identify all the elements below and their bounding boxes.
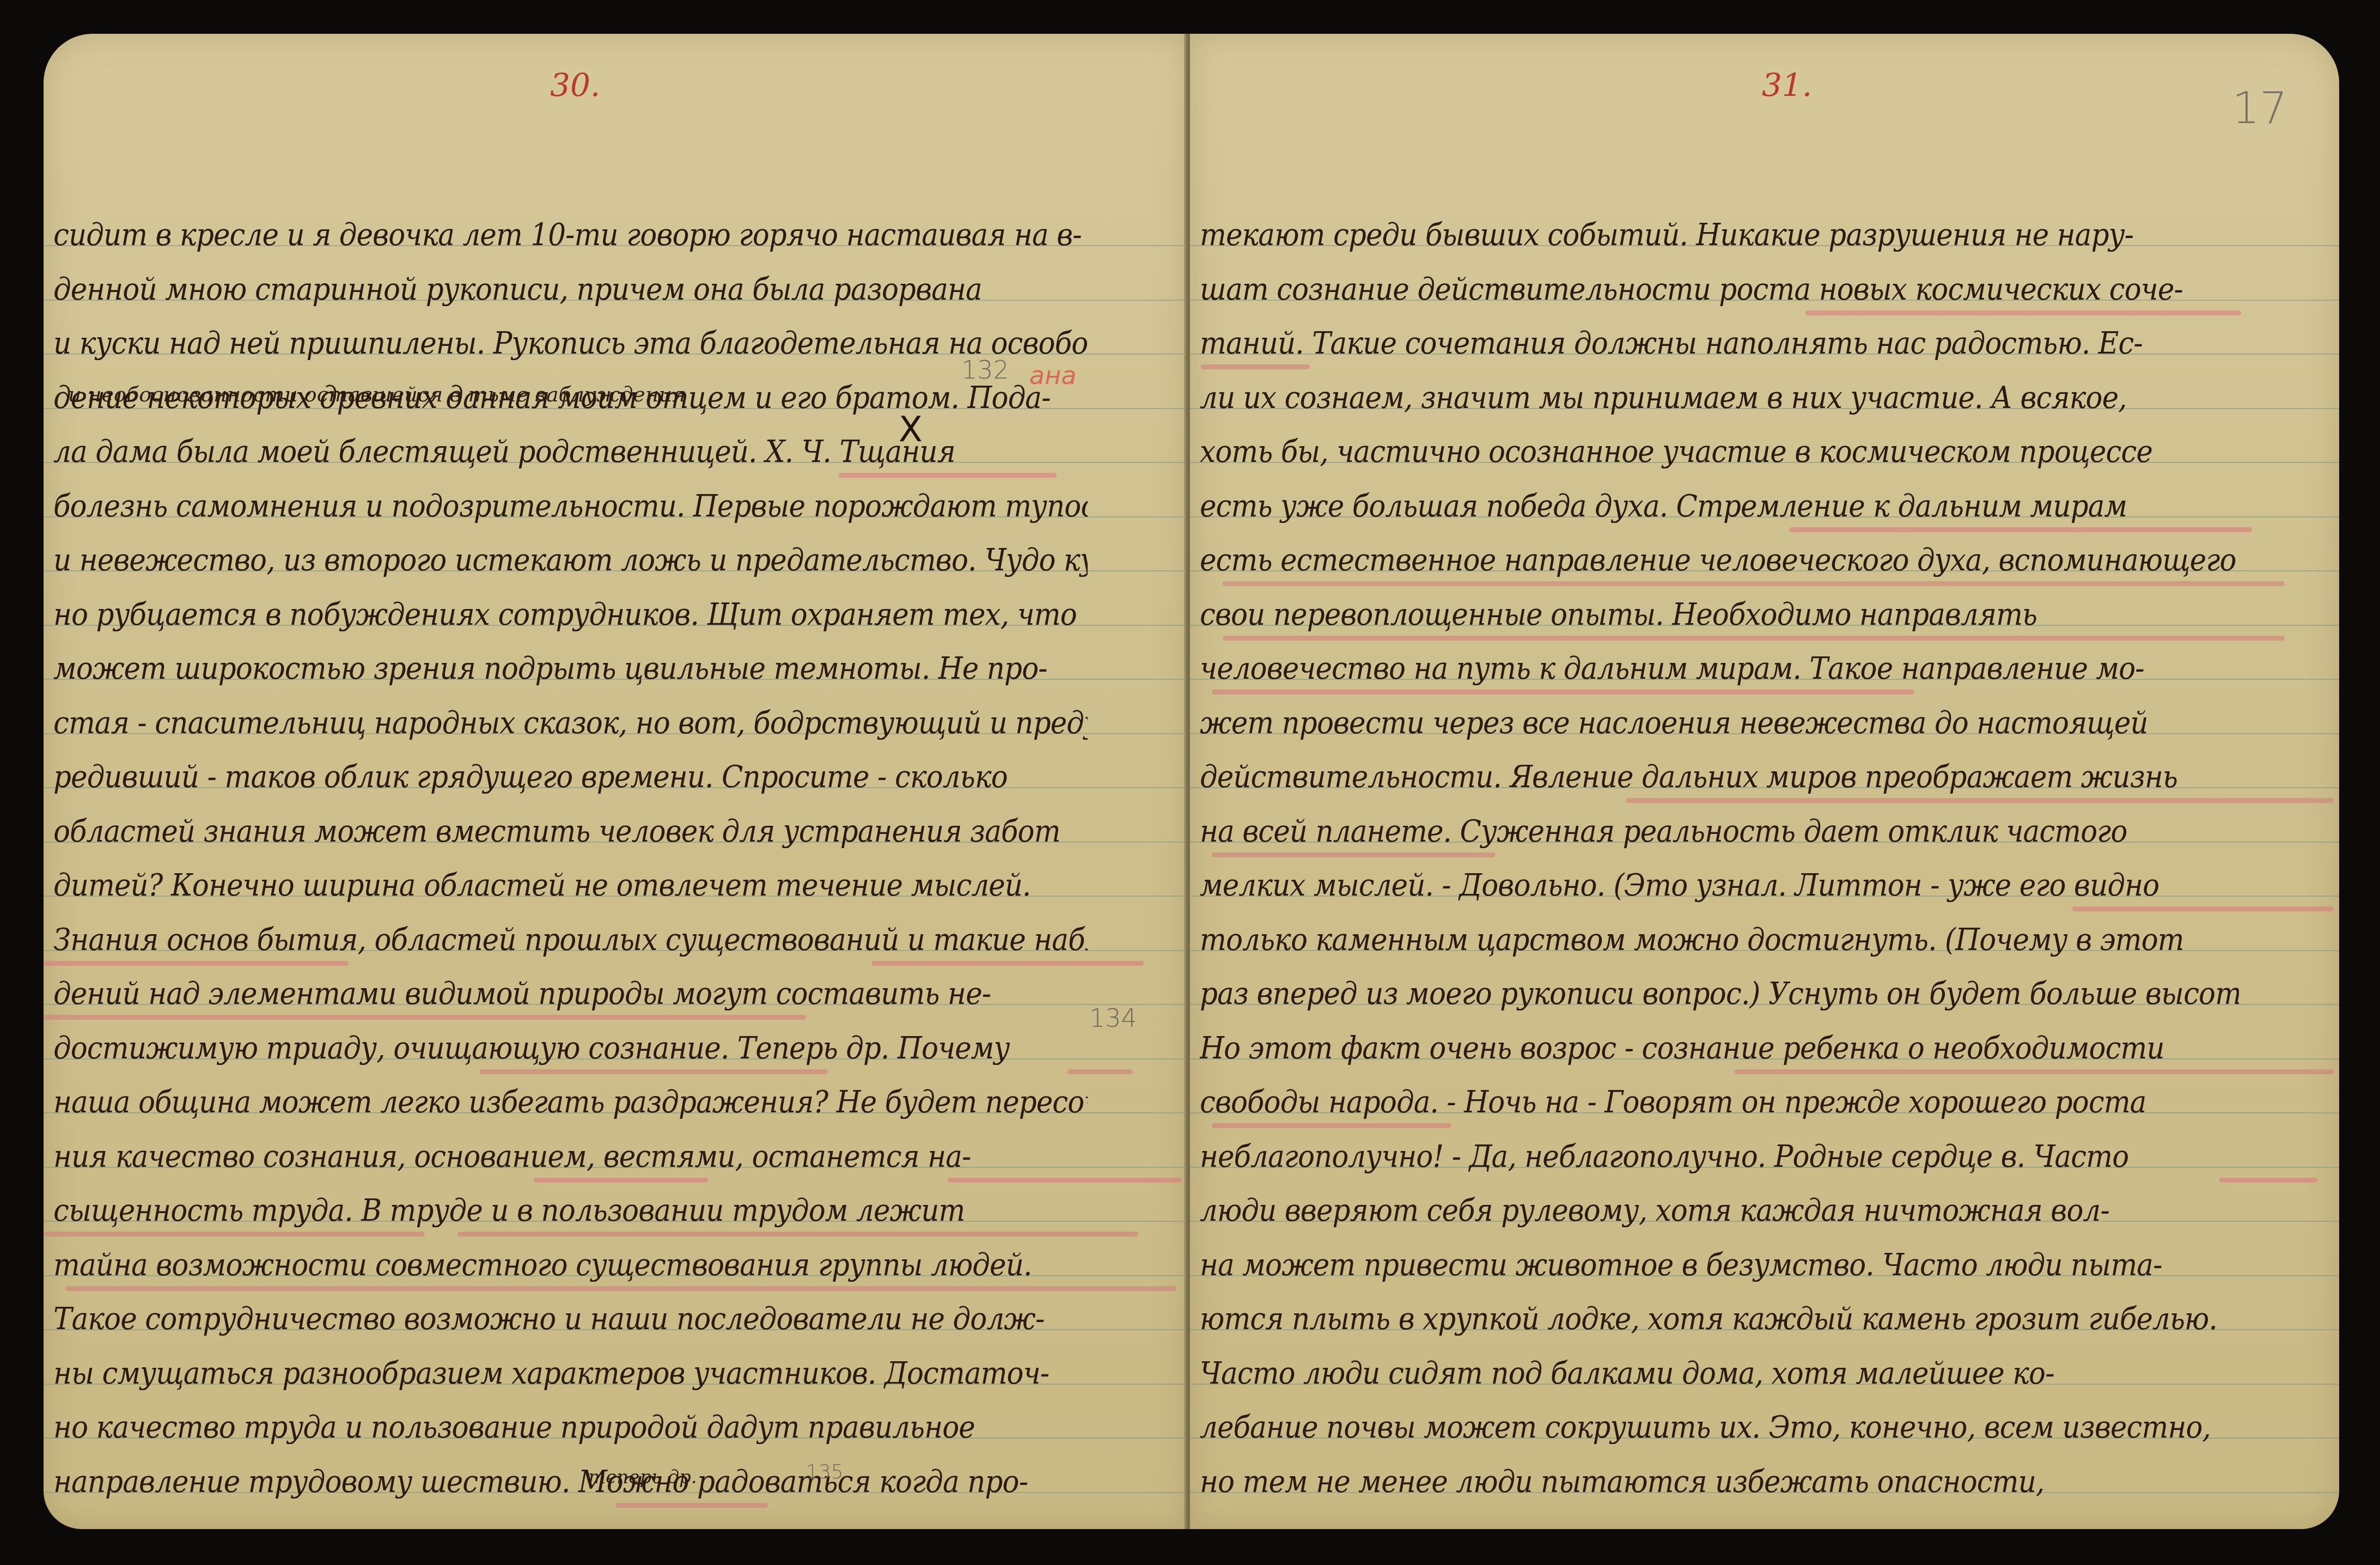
- handwritten-line: человечество на путь к дальним мирам. Та…: [1200, 647, 2239, 691]
- red-pencil-underline: [1626, 798, 2334, 803]
- inserted-line: и необоснованности оставшейся в тьме заб…: [68, 382, 686, 406]
- handwritten-line: дений над элементами видимой природы мог…: [53, 972, 1088, 1016]
- handwritten-line: и невежество, из второго истекают ложь и…: [53, 539, 1088, 582]
- red-pencil-underline: [1735, 1069, 2334, 1074]
- handwritten-line: ния качество сознания, основанием, вестя…: [53, 1135, 1088, 1179]
- handwritten-line: Знания основ бытия, областей прошлых сущ…: [53, 918, 1088, 962]
- red-pencil-underline: [2072, 906, 2334, 911]
- handwritten-line: ны смущаться разнообразием характеров уч…: [53, 1352, 1088, 1396]
- handwritten-line: Такое сотрудничество возможно и наши пос…: [53, 1298, 1088, 1341]
- handwritten-line: шат сознание действительности роста новы…: [1200, 268, 2239, 312]
- handwritten-line: дитей? Конечно ширина областей не отвлеч…: [53, 864, 1088, 908]
- handwritten-line: жет провести через все наслоения невежес…: [1200, 702, 2239, 745]
- red-pencil-underline: [1201, 364, 1310, 369]
- handwritten-line: и куски над ней пришпилены. Рукопись эта…: [53, 322, 1088, 366]
- handwritten-line: действительности. Явление дальних миров …: [1200, 756, 2239, 799]
- handwritten-line: таний. Такие сочетания должны наполнять …: [1200, 322, 2239, 366]
- x-mark-icon: Х: [899, 410, 923, 450]
- red-pencil-underline: [615, 1503, 768, 1508]
- red-pencil-underline: [65, 1286, 1176, 1291]
- handwritten-line: ются плыть в хрупкой лодке, хотя каждый …: [1200, 1298, 2239, 1341]
- handwritten-line: денной мною старинной рукописи, причем о…: [53, 268, 1088, 312]
- handwritten-line: мелких мыслей. - Довольно. (Это узнал. Л…: [1200, 864, 2239, 908]
- handwritten-line: наша община может легко избегать раздраж…: [53, 1081, 1088, 1124]
- right-page: 31. 17 текают среди бывших событий. Ника…: [1190, 34, 2339, 1529]
- handwritten-line: Но этот факт очень возрос - сознание реб…: [1200, 1027, 2239, 1070]
- red-pencil-underline: [1223, 581, 2285, 586]
- margin-number-134: 134: [1089, 1003, 1137, 1033]
- handwritten-line: на может привести животное в безумство. …: [1200, 1244, 2239, 1287]
- red-pencil-underline: [44, 1015, 806, 1020]
- handwritten-line: раз вперед из моего рукописи вопрос.) Ус…: [1200, 972, 2239, 1016]
- handwritten-line: редивший - таков облик грядущего времени…: [53, 756, 1088, 799]
- handwritten-line: хоть бы, частично осознанное участие в к…: [1200, 430, 2239, 474]
- red-pencil-underline: [44, 961, 349, 966]
- handwritten-line: сыщенность труда. В труде и в пользовани…: [53, 1189, 1088, 1233]
- red-pencil-underline: [839, 473, 1057, 478]
- handwritten-line: достижимую триаду, очищающую сознание. Т…: [53, 1027, 1088, 1070]
- handwritten-line: но тем не менее люди пытаются избежать о…: [1200, 1460, 2239, 1504]
- handwritten-line: болезнь самомнения и подозрительности. П…: [53, 485, 1088, 528]
- red-pencil-underline: [1223, 636, 2285, 641]
- right-page-text: текают среди бывших событий. Никакие раз…: [1190, 34, 2339, 1529]
- handwritten-line: есть уже большая победа духа. Стремление…: [1200, 485, 2239, 528]
- handwritten-line: лебание почвы может сокрушить их. Это, к…: [1200, 1406, 2239, 1450]
- red-pencil-underline: [1789, 527, 2252, 532]
- red-pencil-underline: [1212, 852, 1495, 857]
- handwritten-line: стая - спасительниц народных сказок, но …: [53, 702, 1088, 745]
- handwritten-line: сидит в кресле и я девочка лет 10-ти гов…: [53, 214, 1088, 257]
- red-annotation: ана: [1029, 361, 1076, 390]
- handwritten-line: ли их сознаем, значит мы принимаем в них…: [1200, 376, 2239, 420]
- red-pencil-underline: [44, 1232, 425, 1237]
- red-pencil-underline: [1067, 1069, 1133, 1074]
- handwritten-line: но рубцается в побуждениях сотрудников. …: [53, 593, 1088, 637]
- notebook-spread: 30. сидит в кресле и я девочка лет 10-ти…: [44, 34, 2339, 1529]
- red-pencil-underline: [948, 1178, 1182, 1183]
- red-pencil-underline: [457, 1232, 1138, 1237]
- red-pencil-underline: [479, 1069, 828, 1074]
- handwritten-line: только каменным царством можно достигнут…: [1200, 918, 2239, 962]
- insert-annotation: теперь др.: [588, 1466, 697, 1488]
- red-pencil-underline: [871, 961, 1144, 966]
- handwritten-line: Часто люди сидят под балками дома, хотя …: [1200, 1352, 2239, 1396]
- red-pencil-underline: [534, 1178, 708, 1183]
- handwritten-line: свои перевоплощенные опыты. Необходимо н…: [1200, 593, 2239, 637]
- handwritten-line: но качество труда и пользование природой…: [53, 1406, 1088, 1450]
- margin-number-135: 135: [806, 1461, 844, 1483]
- red-pencil-underline: [1805, 310, 2241, 315]
- handwritten-line: текают среди бывших событий. Никакие раз…: [1200, 214, 2239, 257]
- red-pencil-underline: [1212, 1123, 1451, 1128]
- handwritten-line: люди вверяют себя рулевому, хотя каждая …: [1200, 1189, 2239, 1233]
- handwritten-line: тайна возможности совместного существова…: [53, 1244, 1088, 1287]
- left-page: 30. сидит в кресле и я девочка лет 10-ти…: [44, 34, 1187, 1529]
- handwritten-line: может широкостью зрения подрыть цвильные…: [53, 647, 1088, 691]
- handwritten-line: областей знания может вместить человек д…: [53, 810, 1088, 854]
- handwritten-line: направление трудовому шествию. Можно рад…: [53, 1460, 1088, 1504]
- red-pencil-underline: [2219, 1178, 2317, 1183]
- handwritten-line: неблагополучно! - Да, неблагополучно. Ро…: [1200, 1135, 2239, 1179]
- red-pencil-underline: [1212, 690, 1914, 695]
- margin-number-132: 132: [961, 355, 1009, 385]
- handwritten-line: на всей планете. Суженная реальность дае…: [1200, 810, 2239, 854]
- left-page-text: сидит в кресле и я девочка лет 10-ти гов…: [44, 34, 1187, 1529]
- handwritten-line: ла дама была моей блестящей родственнице…: [53, 430, 1088, 474]
- handwritten-line: есть естественное направление человеческ…: [1200, 539, 2239, 582]
- handwritten-line: свободы народа. - Ночь на - Говорят он п…: [1200, 1081, 2239, 1124]
